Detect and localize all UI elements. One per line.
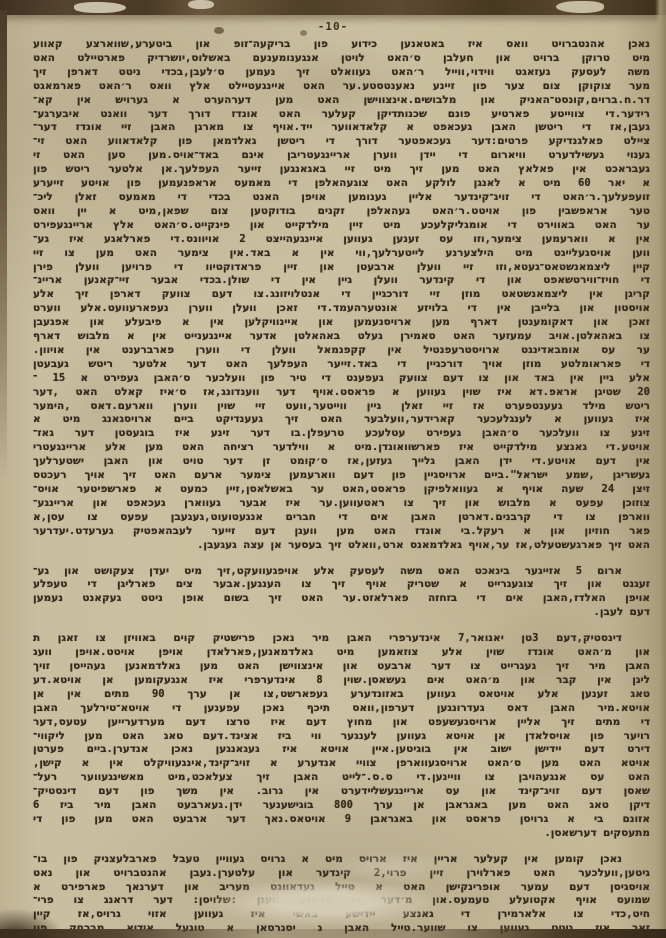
text-line: ריטש מילד געענטפערט אז זיי זאלן גיין ווי…: [33, 400, 650, 414]
text-line: זעגנט און זיך צוגעגרייט א שטריק אויף זיך…: [33, 578, 650, 592]
text-line: מיט טרוקן ברויט און חעלבן ס׳האט לויטן אנ…: [33, 52, 650, 66]
text-line: צוזוכן עפעס א מלבוש און זיך צו ראטעווען.…: [33, 497, 650, 511]
text-line: האט זיך פארגעשטעלט,אז ער,אויף גאלדמאנס א…: [33, 539, 650, 553]
text-line: געבראכט אין פאלאץ האט מען זיך מיט זיי בא…: [33, 163, 650, 177]
scan-edge-left: [0, 10, 7, 480]
text-line: אין א ווארעמען צימער,וזו עס זענען געווען…: [33, 233, 650, 247]
text-line: זיצן 24 שעה אויף א געוואלפיקן פראסט,האט …: [33, 483, 650, 497]
text-line: ווען אויסגעלייגט מיט הילצערנע לייטערלעך,…: [33, 247, 650, 261]
text-line: געבן,אז די ריטשן האבן געכאפט א קלאדאווער…: [33, 121, 650, 135]
text-line: אויפן האלדז,האבן אים די בזחזה פארלאזט.ער…: [33, 592, 650, 606]
text-line: טאג זענען אלע אויטאס געווען באזונדערע גע…: [33, 688, 650, 702]
text-line: שאסן דעם זויג־קינד און עס אריינגעשלײדערט…: [33, 785, 650, 799]
ink-speck: [214, 27, 224, 34]
text-line: און מ׳האט אונדז שוין אלע צוזאמען מיט גאל…: [33, 646, 650, 660]
text-line: האט עס אנגעהויבן צו וויינען.די ס.ס.־לייט…: [33, 771, 650, 785]
text-line: איז געווען א לענגלעכער קארידער,וועלבער ה…: [33, 413, 650, 427]
text-line: געשריגן ,שמע ישראל".ביים ארויסגיין פון ד…: [33, 469, 650, 483]
text-line: האבן מיר זיך געגרייט צו דער ארבעט און אי…: [33, 660, 650, 674]
scan-edge-right: [655, 0, 666, 938]
text-line: ליגן אין קבר און מ׳האט אים געשאסן.שוין 8…: [33, 674, 650, 688]
text-line: זינע צו וועלכער ס׳האבן געפירט עטלעכע טרע…: [33, 427, 650, 441]
scan-edge-bottom: [0, 929, 666, 938]
ink-speck: [300, 30, 307, 36]
text-line: אויטא האט מען ס׳האט ארויסגעווארפן צוויי …: [33, 757, 650, 771]
text-line: פאר חוזיון און א רעקל.בי אונדז האט מען ו…: [33, 525, 650, 539]
text-line: אלע גיין אין באד און צו דעם צוועק געפענט…: [33, 372, 650, 386]
text-line: ער האט באווירט די אומגליקלעכע מיט זיין מ…: [33, 219, 650, 233]
text-line: דיקן טאג האט מען באגראבן אן ערך 800 בוגי…: [33, 799, 650, 813]
text-line: רויער פון אויסלאדן אן אויטא געווען לענגע…: [33, 730, 650, 744]
text-line: זועפעלעך.ר׳האט די זויג־קינדער אליין גענו…: [33, 191, 650, 205]
faded-area: [210, 880, 440, 926]
faded-area: [330, 852, 450, 882]
text-line: קיין ליצמאנשטאט־געטא,וזו זיי וועלן ארבעט…: [33, 261, 650, 275]
text-line: גענוי געשילדערט וויארום די יידן ווערן אר…: [33, 149, 650, 163]
scanned-document-page: -10- נאכן אהנטברויט וואס איז באטאנען כיד…: [0, 0, 666, 938]
text-line: קריגן אין ליצמאנשטאט מוזן זיי דורכגיין ד…: [33, 288, 650, 302]
text-line: אויסטון און בלייבן אין די בלויזע אונטערה…: [33, 302, 650, 316]
text-line: ווארפן צו די קרבנים.דארטן האבן אים די חב…: [33, 511, 650, 525]
text-line: משה לעסעק געזאגט ווידוי,ווייל ר׳האט געוו…: [33, 66, 650, 80]
text-line: אויטא.מיר האבן דאס געדרונגען דערפון,וואס…: [33, 702, 650, 716]
paragraph: דינסטיק,דעם 3טן יאנואר,7 אינדערפרי האבן …: [33, 632, 650, 841]
text-line: די פאראומלטע מוזן אויך דורכגיין די באד.ז…: [33, 358, 650, 372]
text-line: 20 שטיגן אראפ.דא איז שוין געווען א פראסט…: [33, 386, 650, 400]
page-number: -10-: [0, 20, 666, 33]
text-body: נאכן אהנטברויט וואס איז באטאנען כידוע פו…: [33, 38, 650, 936]
text-line: מער צוקוקן צום צער פון זיינע נאענטסטע.ער…: [33, 80, 650, 94]
text-line: ער עס אומבאדינגט ארויסטרעפנטיל אין קקפנמ…: [33, 344, 650, 358]
text-line: ארום 5 אזייגער בינאכט האט משה לעסעק אלע …: [33, 565, 650, 579]
text-line: די חויז־ווירטשאפט און די קינדער וועלן גי…: [33, 274, 650, 288]
text-line: רידער.די צווייטע פארטיע פונם שכנותדיקן ק…: [33, 108, 650, 122]
torn-paper-edge: [188, 0, 214, 9]
torn-paper-edge: [74, 2, 126, 13]
text-line: צו באהאלטן.אויב עמעזער האט סאמירן געלט ב…: [33, 330, 650, 344]
text-line: זאכן און דאקומענטן דארף מען ארויסנעמען א…: [33, 316, 650, 330]
text-line: נאכן אהנטברויט וואס איז באטאנען כידוע פו…: [33, 38, 650, 52]
text-line: די מתים זיך אליין ארויסגעשעפט און מחוץ ד…: [33, 716, 650, 730]
scan-corner-blotch: [0, 908, 64, 938]
text-line: דירט דעם יידישן ישוב אין בוגיטען.איין או…: [33, 743, 650, 757]
text-line: דינסטיק,דעם 3טן יאנואר,7 אינדערפרי האבן …: [33, 632, 650, 646]
paragraph: ארום 5 אזייגער בינאכט האט משה לעסעק אלע …: [33, 565, 650, 621]
text-line: אין דעם אויטע.די ידן האבן גלייך געזען,אז…: [33, 455, 650, 469]
text-line: דעם לעבן.: [33, 606, 650, 620]
torn-paper-edge: [556, 1, 604, 13]
text-line: אזונם בי א גרויסן פראסט און באגראבן 9 או…: [33, 813, 650, 827]
text-line: דר.ח.ברוים,קונסט־האניק און מלבושים.אינצו…: [33, 94, 650, 108]
text-line: ציילט פאלגנדיקע פרטים:דער געכאפטער דורך …: [33, 135, 650, 149]
paragraph: נאכן אהנטברויט וואס איז באטאנען כידוע פו…: [33, 38, 650, 553]
text-line: א יאר 60 מיט א לאנגן לולקע האט צוגעהאלפן…: [33, 177, 650, 191]
text-line: מתעסקים דערשאסן.: [33, 827, 650, 841]
text-line: טער אראפשבין פון אויטט.ר׳האט געהאלפן זקנ…: [33, 205, 650, 219]
text-line: אויטע.די גאנצע מילדקייט איז פארשוואונדן.…: [33, 441, 650, 455]
